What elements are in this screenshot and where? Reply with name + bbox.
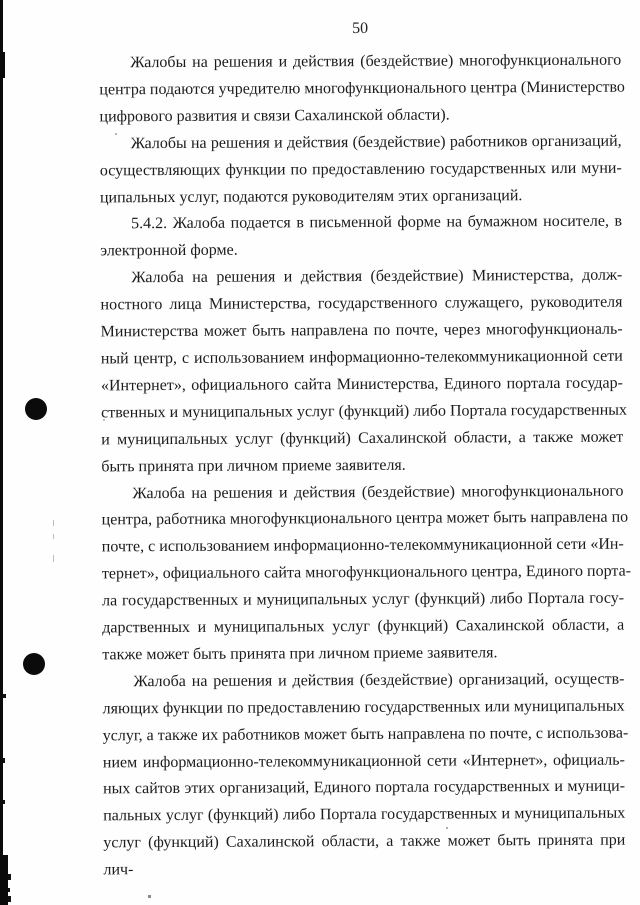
text-line: почте, с использованием информационно-те… — [102, 532, 624, 562]
hole-punch-dot — [23, 653, 45, 675]
text-line: электронной форме. — [100, 236, 622, 266]
scan-edge-bar — [0, 855, 8, 905]
text-line: нием информационно-телекоммуникационной … — [103, 747, 625, 777]
scan-speck — [53, 555, 54, 562]
paragraph: Жалоба на решения и действия (бездействи… — [100, 263, 623, 481]
text-line: и муниципальных услуг (функций) Сахалинс… — [101, 424, 623, 454]
scan-artifact — [8, 874, 11, 880]
text-line: цифрового развития и связи Сахалинской о… — [99, 101, 621, 131]
scan-artifact — [3, 758, 5, 763]
text-line: Жалоба на решения и действия (бездействи… — [102, 666, 624, 696]
text-line: ственных и муниципальных услуг (функций)… — [101, 397, 623, 427]
text-line: центра, работника многофункционального ц… — [102, 505, 624, 535]
text-line: дарственных и муниципальных услуг (функц… — [102, 613, 624, 643]
text-line: пальных услуг (функций) либо Портала гос… — [103, 801, 625, 831]
text-line: центра подаются учредителю многофункцион… — [99, 75, 621, 105]
scan-speck — [53, 534, 54, 539]
paragraph: Жалобы на решения и действия (бездействи… — [99, 48, 621, 131]
scan-artifact — [8, 888, 10, 892]
paragraph: Жалоба на решения и действия (бездействи… — [101, 478, 624, 669]
text-line: ципальных услуг, подаются руководителям … — [100, 182, 622, 212]
scanned-document-page: { "colors": { "ink": "#1c1c1c", "paper":… — [0, 0, 640, 905]
text-line: ных сайтов этих организаций, Единого пор… — [103, 774, 625, 804]
paragraph: 5.4.2. Жалоба подается в письменной форм… — [100, 209, 622, 266]
page-content: 50 Жалобы на решения и действия (бездейс… — [99, 15, 626, 885]
scan-edge-line — [0, 0, 3, 905]
scan-speck — [53, 520, 54, 526]
text-line: тернет», официального сайта многофункцио… — [102, 559, 624, 589]
paragraph: Жалоба на решения и действия (бездействи… — [102, 666, 625, 884]
text-line: 5.4.2. Жалоба подается в письменной форм… — [100, 209, 622, 239]
text-line: Жалоба на решения и действия (бездействи… — [100, 263, 622, 293]
text-line: услуг, а также их работников может быть … — [103, 720, 625, 750]
hole-punch-dot — [25, 398, 47, 420]
text-line: Министерства может быть направлена по по… — [101, 317, 623, 347]
text-line: Жалобы на решения и действия (бездействи… — [99, 48, 621, 78]
text-line: ла государственных и муниципальных услуг… — [102, 586, 624, 616]
page-body: Жалобы на решения и действия (бездействи… — [99, 48, 625, 885]
scan-edge-patch — [0, 52, 5, 78]
scan-artifact — [3, 800, 5, 804]
text-line: «Интернет», официального сайта Министерс… — [101, 371, 623, 401]
text-line: ляющих функции по предоставлению государ… — [103, 693, 625, 723]
text-line: осуществляющих функции по предоставлению… — [100, 155, 622, 185]
scan-artifact — [8, 896, 11, 902]
page-number: 50 — [99, 15, 621, 44]
text-line: Жалобы на решения и действия (бездействи… — [100, 128, 622, 158]
text-line: также может быть принята при личном прие… — [102, 640, 624, 670]
paragraph: Жалобы на решения и действия (бездействи… — [100, 128, 622, 211]
scan-speck — [148, 895, 151, 898]
text-line: Жалоба на решения и действия (бездействи… — [101, 478, 623, 508]
text-line: услуг (функций) Сахалинской области, а т… — [103, 828, 625, 885]
text-line: быть принята при личном приеме заявителя… — [101, 451, 623, 481]
text-line: ный центр, с использованием информационн… — [101, 344, 623, 374]
scan-artifact — [3, 694, 6, 698]
text-line: ностного лица Министерства, государствен… — [100, 290, 622, 320]
